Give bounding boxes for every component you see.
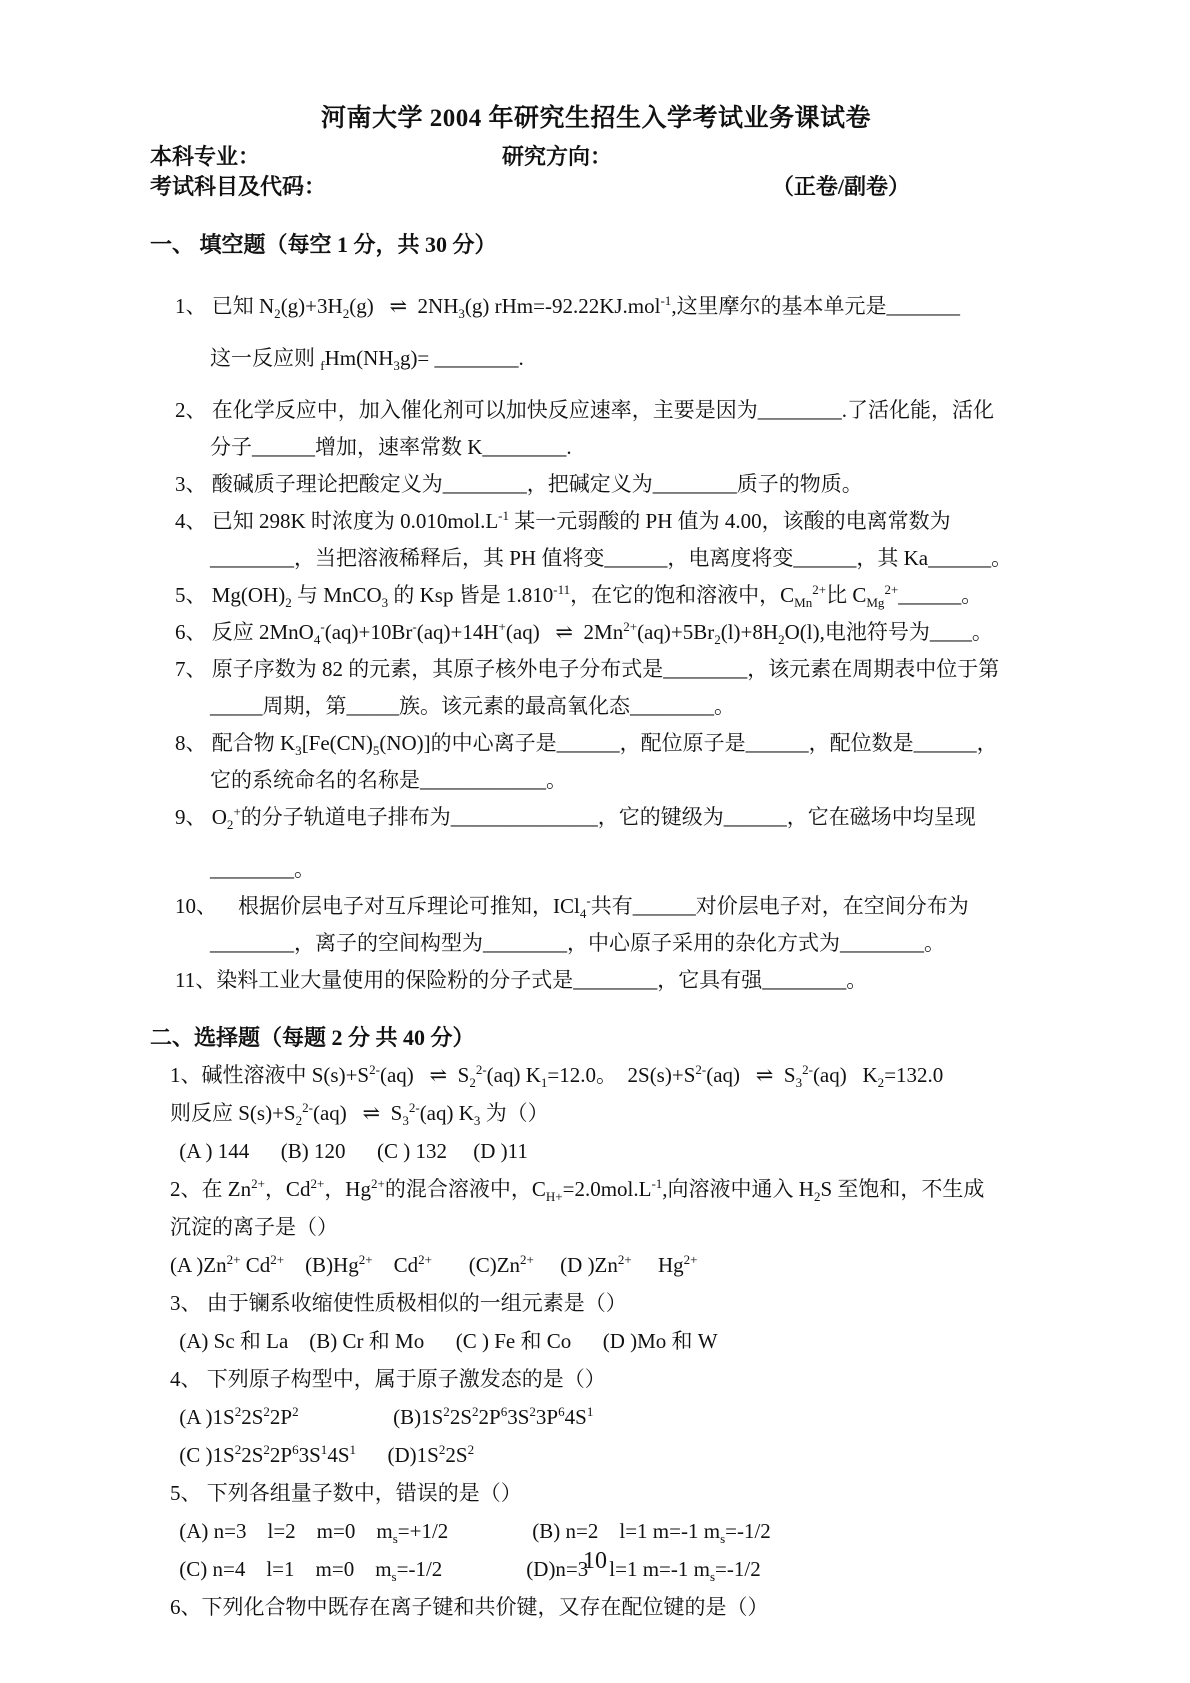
fib-q8-line2: 它的系统命名的名称是____________。 <box>210 765 1042 795</box>
mc-q3-options: (A) Sc 和 La (B) Cr 和 Mo (C ) Fe 和 Co (D … <box>174 1326 1042 1356</box>
mc-q1-line2: 则反应 S(s)+S22-(aq) ⇌ S32-(aq) K3 为（） <box>170 1098 1042 1128</box>
mc-q2-line2: 沉淀的离子是（） <box>170 1212 1042 1242</box>
section1-heading: 一、 填空题（每空 1 分，共 30 分） <box>150 228 1042 259</box>
exam-paper-page: 河南大学 2004 年研究生招生入学考试业务课试卷 本科专业： 研究方向： 考试… <box>0 0 1190 1683</box>
fib-q6: 6、 反应 2MnO4-(aq)+10Br-(aq)+14H+(aq) ⇌ 2M… <box>175 617 1042 647</box>
fib-q9-line1: 9、 O2+的分子轨道电子排布为______________，它的键级为____… <box>175 802 1042 832</box>
section2-heading: 二、选择题（每题 2 分 共 40 分） <box>150 1021 1042 1052</box>
fib-q3: 3、 酸碱质子理论把酸定义为________，把碱定义为________质子的物… <box>175 469 1042 499</box>
paper-copy-label: （正卷/副卷） <box>772 172 910 202</box>
mc-q1-options: (A ) 144 (B) 120 (C ) 132 (D )11 <box>174 1136 1042 1166</box>
fib-q8-line1: 8、 配合物 K3[Fe(CN)5(NO)]的中心离子是______，配位原子是… <box>175 728 1042 758</box>
mc-q1-line1: 1、碱性溶液中 S(s)+S2-(aq) ⇌ S22-(aq) K1=12.0。… <box>170 1060 1042 1090</box>
fill-in-blank-section: 一、 填空题（每空 1 分，共 30 分） 1、 已知 N2(g)+3H2(g)… <box>150 228 1042 995</box>
multiple-choice-section: 二、选择题（每题 2 分 共 40 分） 1、碱性溶液中 S(s)+S2-(aq… <box>150 1021 1042 1622</box>
research-direction-label: 研究方向： <box>502 142 612 172</box>
fib-q2-line2: 分子______增加，速率常数 K________. <box>210 432 1042 462</box>
fib-q11: 11、染料工业大量使用的保险粉的分子式是________，它具有强_______… <box>175 965 1042 995</box>
fib-q4-line1: 4、 已知 298K 时浓度为 0.010mol.L-1 某一元弱酸的 PH 值… <box>175 506 1042 536</box>
fib-q2-line1: 2、 在化学反应中，加入催化剂可以加快反应速率，主要是因为________.了活… <box>175 395 1042 425</box>
fib-q1-line2: 这一反应则 fHm(NH3g)= ________. <box>210 343 1042 373</box>
fib-q7-line1: 7、 原子序数为 82 的元素，其原子核外电子分布式是________，该元素在… <box>175 654 1042 684</box>
mc-q6-line1: 6、下列化合物中既存在离子键和共价键，又存在配位键的是（） <box>170 1592 1042 1622</box>
fib-q1-line1: 1、 已知 N2(g)+3H2(g) ⇌ 2NH3(g) rHm=-92.22K… <box>175 291 1042 321</box>
mc-q5-line1: 5、 下列各组量子数中，错误的是（） <box>170 1478 1042 1508</box>
mc-q2-line1: 2、在 Zn2+，Cd2+，Hg2+的混合溶液中，CH+=2.0mol.L-1,… <box>170 1174 1042 1204</box>
mc-q3-line1: 3、 由于镧系收缩使性质极相似的一组元素是（） <box>170 1288 1042 1318</box>
header-row-major: 本科专业： 研究方向： <box>150 142 1042 172</box>
fib-q7-line2: _____周期，第_____族。该元素的最高氧化态________。 <box>210 691 1042 721</box>
mc-q2-options: (A )Zn2+ Cd2+ (B)Hg2+ Cd2+ (C)Zn2+ (D )Z… <box>170 1250 1042 1280</box>
fib-q4-line2: ________，当把溶液稀释后，其 PH 值将变______，电离度将变___… <box>210 543 1042 573</box>
undergrad-major-label: 本科专业： <box>150 142 502 172</box>
fib-q9-line2: ________。 <box>210 854 1042 884</box>
mc-q4-line1: 4、 下列原子构型中，属于原子激发态的是（） <box>170 1364 1042 1394</box>
page-number: 10 <box>0 1548 1190 1575</box>
header-row-subject: 考试科目及代码： （正卷/副卷） <box>150 172 1042 202</box>
exam-title: 河南大学 2004 年研究生招生入学考试业务课试卷 <box>150 98 1042 134</box>
exam-subject-label: 考试科目及代码： <box>150 172 326 202</box>
mc-q4-options-cd: (C )1S22S22P63S14S1 (D)1S22S2 <box>174 1440 1042 1470</box>
fib-q5: 5、 Mg(OH)2 与 MnCO3 的 Ksp 皆是 1.810-11，在它的… <box>175 580 1042 610</box>
mc-q5-options-ab: (A) n=3 l=2 m=0 ms=+1/2 (B) n=2 l=1 m=-1… <box>174 1516 1042 1546</box>
fib-q10-line2: ________，离子的空间构型为________，中心原子采用的杂化方式为__… <box>210 928 1042 958</box>
mc-q4-options-ab: (A )1S22S22P2 (B)1S22S22P63S23P64S1 <box>174 1402 1042 1432</box>
fib-q10-line1: 10、 根据价层电子对互斥理论可推知，ICl4-共有______对价层电子对，在… <box>175 891 1042 921</box>
